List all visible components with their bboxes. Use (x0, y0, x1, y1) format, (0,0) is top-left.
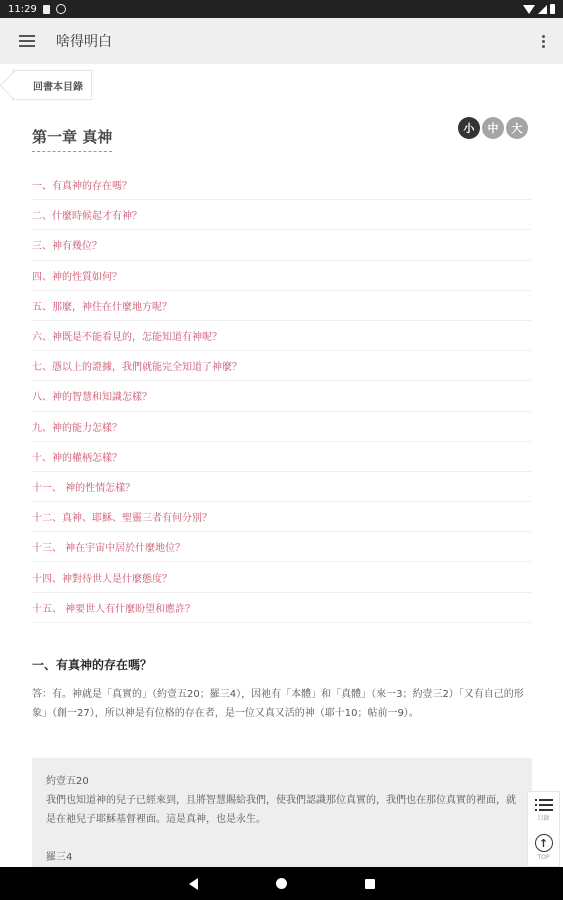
section-answer: 答：有。神就是「真實的」（約壹五20；羅三4），因祂有「本體」和「真體」（來一3… (32, 685, 532, 723)
toc-item[interactable]: 十三、 神在宇宙中居於什麼地位？ (32, 532, 532, 562)
toc-item[interactable]: 十、神的權柄怎樣？ (32, 442, 532, 472)
section-question-1: 一、有真神的存在嗎？ 答：有。神就是「真實的」（約壹五20；羅三4），因祂有「本… (32, 656, 532, 723)
toc-item[interactable]: 九、神的能力怎樣？ (32, 412, 532, 442)
section-title: 一、有真神的存在嗎？ (32, 656, 532, 673)
toc-jump-label: 目錄 (537, 813, 549, 822)
back-to-book-toc-button[interactable]: 回書本目錄 (12, 70, 92, 100)
quote-text: 我們也知道神的兒子已經來到，且將智慧賜給我們，使我們認識那位真實的，我們也在那位… (46, 791, 518, 829)
chapter-title: 第一章 真神 (32, 126, 112, 152)
toc-item[interactable]: 一、有真神的存在嗎？ (32, 170, 532, 200)
status-time: 11:29 (8, 4, 37, 15)
system-nav-bar (0, 867, 563, 900)
toc-item[interactable]: 六、神既是不能看見的，怎能知道有神呢？ (32, 321, 532, 351)
chapter-toc-list: 一、有真神的存在嗎？ 二、什麼時候起才有神？ 三、神有幾位？ 四、神的性質如何？… (32, 170, 532, 623)
sd-card-icon (43, 5, 50, 14)
toc-jump-button[interactable]: 目錄 (528, 792, 559, 829)
toc-item[interactable]: 七、憑以上的證據，我們就能完全知道了神麼？ (32, 351, 532, 381)
toc-item[interactable]: 十一、 神的性情怎樣？ (32, 472, 532, 502)
nav-back-icon[interactable] (189, 878, 198, 890)
app-bar: 啥得明白 (0, 18, 563, 64)
back-button-label: 回書本目錄 (33, 78, 83, 93)
toc-item[interactable]: 四、神的性質如何？ (32, 261, 532, 291)
toc-item[interactable]: 十二、真神、耶穌、聖靈三者有何分別？ (32, 502, 532, 532)
quote-reference-2: 羅三4 (46, 848, 518, 867)
quote-reference: 約壹五20 (46, 772, 518, 791)
font-size-small-button[interactable]: 小 (458, 117, 480, 139)
cell-signal-icon (538, 5, 547, 14)
status-bar: 11:29 (0, 0, 563, 18)
content-area[interactable]: 回書本目錄 第一章 真神 小 中 大 一、有真神的存在嗎？ 二、什麼時候起才有神… (0, 64, 563, 867)
scroll-top-button[interactable]: ↑ TOP (528, 829, 559, 866)
nav-home-icon[interactable] (276, 878, 287, 889)
toc-item[interactable]: 二、什麼時候起才有神？ (32, 200, 532, 230)
font-size-medium-button[interactable]: 中 (482, 117, 504, 139)
toc-item[interactable]: 十五、 神要世人有什麼盼望和應許？ (32, 593, 532, 623)
toc-item[interactable]: 八、神的智慧和知識怎樣？ (32, 381, 532, 411)
arrow-up-icon: ↑ (535, 834, 553, 852)
more-options-icon[interactable] (542, 35, 546, 48)
toc-item[interactable]: 五、那麼，神住在什麼地方呢？ (32, 291, 532, 321)
hamburger-menu-icon[interactable] (19, 35, 35, 47)
font-size-selector: 小 中 大 (458, 117, 528, 139)
font-size-large-button[interactable]: 大 (506, 117, 528, 139)
scroll-top-label: TOP (537, 854, 549, 861)
battery-icon (550, 4, 555, 14)
app-title: 啥得明白 (56, 31, 112, 51)
toc-item[interactable]: 十四、神對待世人是什麼態度？ (32, 562, 532, 592)
wifi-icon (523, 5, 535, 14)
scripture-quote-box: 約壹五20 我們也知道神的兒子已經來到，且將智慧賜給我們，使我們認識那位真實的，… (32, 758, 532, 867)
nav-recents-icon[interactable] (365, 879, 375, 889)
sync-icon (56, 4, 66, 14)
toc-item[interactable]: 三、神有幾位？ (32, 230, 532, 260)
list-icon (535, 799, 553, 811)
floating-toolbar: 目錄 ↑ TOP (527, 791, 560, 867)
